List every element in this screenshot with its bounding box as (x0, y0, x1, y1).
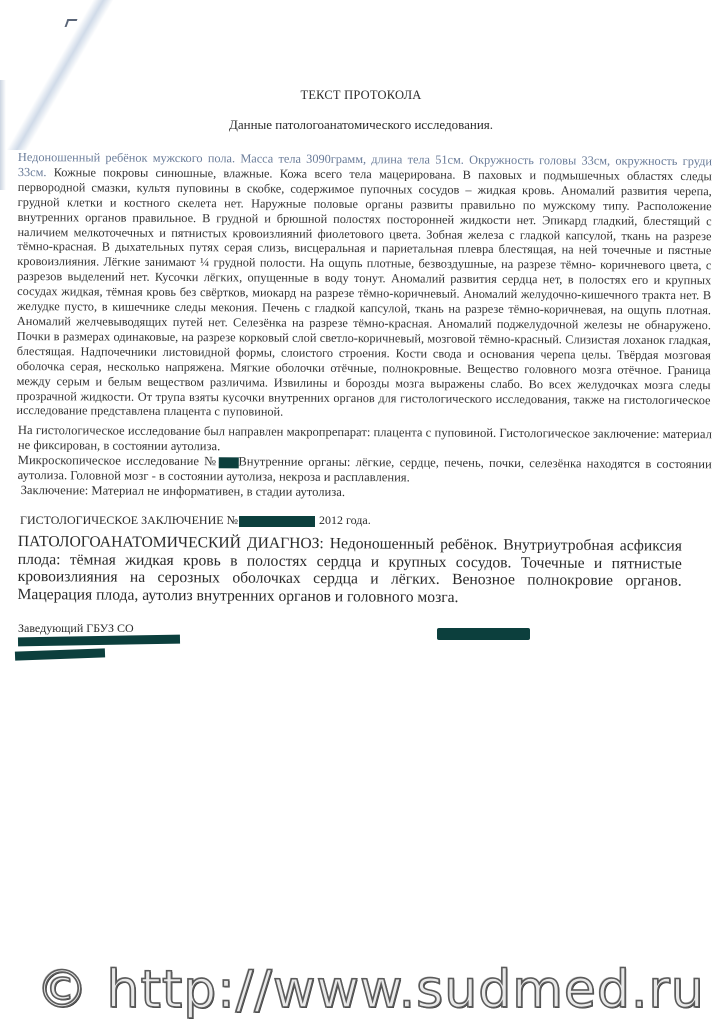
redacted-signature-name (18, 635, 180, 647)
document-title: ТЕКСТ ПРОТОКОЛА (0, 88, 722, 103)
microscopy-text: Микроскопическое исследование №Внутренни… (18, 453, 712, 487)
signature-position: Заведующий ГБУЗ СО (18, 621, 134, 636)
microscopy-prefix: Микроскопическое исследование № (18, 453, 219, 468)
histology-referral-text: На гистологическое исследование был напр… (18, 423, 712, 457)
histology-year: 2012 года. (319, 513, 371, 527)
diagnosis-paragraph: ПАТОЛОГОАНАТОМИЧЕСКИЙ ДИАГНОЗ: Недоношен… (18, 533, 682, 608)
histology-prefix: ГИСТОЛОГИЧЕСКОЕ ЗАКЛЮЧЕНИЕ № (20, 513, 238, 527)
histology-conclusion-line: ГИСТОЛОГИЧЕСКОЕ ЗАКЛЮЧЕНИЕ №2012 года. (20, 513, 371, 528)
document-subtitle: Данные патологоанатомического исследован… (0, 117, 722, 133)
histology-section: На гистологическое исследование был напр… (18, 423, 712, 502)
diagnosis-label: ПАТОЛОГОАНАТОМИЧЕСКИЙ ДИАГНОЗ: (18, 533, 324, 552)
redacted-signature-name-2 (15, 648, 105, 660)
conclusion-text: Заключение: Материал не информативен, в … (18, 483, 712, 502)
redacted-histology-number (239, 516, 315, 527)
redacted-number (218, 457, 238, 468)
redacted-signature (437, 628, 530, 640)
findings-text: Кожные покровы синюшные, влажные. Кожа в… (16, 165, 712, 419)
autopsy-findings-paragraph: Недоношенный ребёнок мужского пола. Масс… (16, 150, 712, 423)
watermark: © http://www.sudmed.ru (36, 960, 705, 1020)
